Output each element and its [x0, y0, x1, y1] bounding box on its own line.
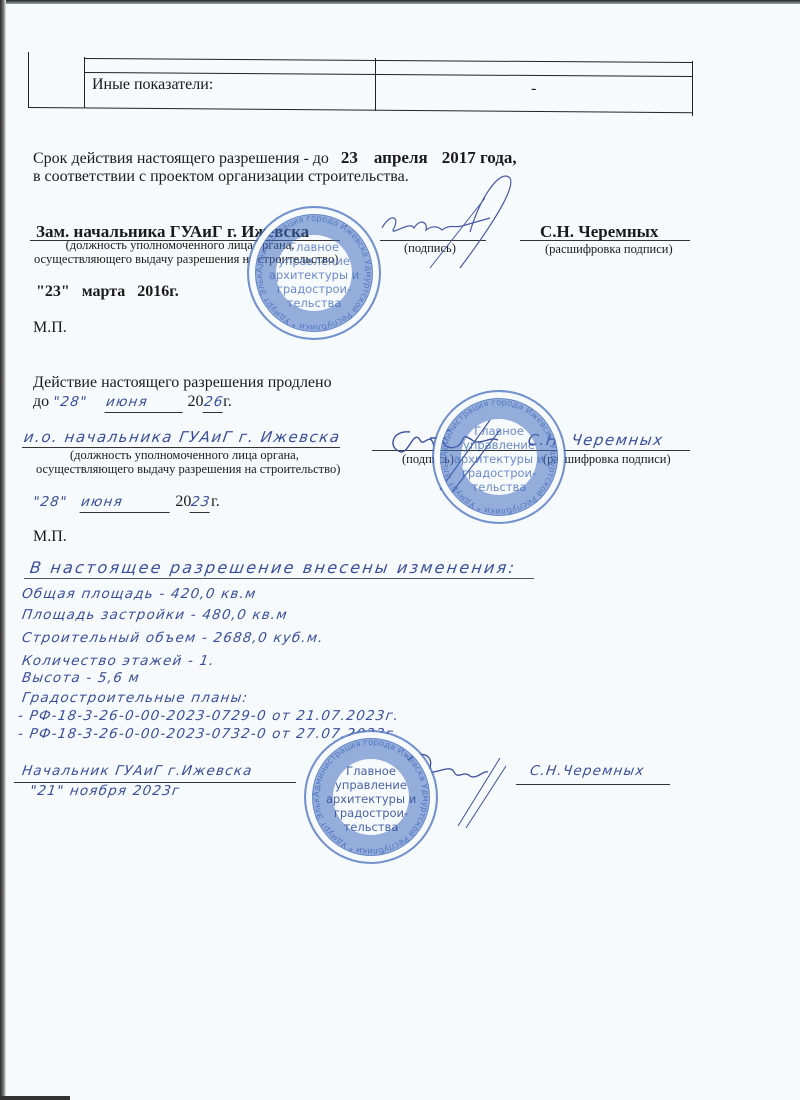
until-month: июня	[104, 392, 185, 413]
official-stamp-1: Администрация города Ижевска Удмуртской …	[247, 206, 381, 340]
extension-date-year-suffix: 23	[190, 492, 213, 513]
extension-date-month: июня	[80, 492, 173, 513]
scan-edge-top	[0, 0, 800, 4]
signer-name: С.Н. Черемных	[540, 222, 658, 242]
extension-line-1: Действие настоящего разрешения продлено	[33, 373, 332, 393]
changes-position-handwritten: Начальник ГУАиГ г.Ижевска	[21, 763, 254, 779]
change-line-total-area: Общая площадь - 420,0 кв.м	[21, 586, 258, 602]
extension-date-year-end: г.	[211, 493, 220, 510]
extension-until-line: до "28" июня 2026г.	[33, 392, 232, 413]
until-year-suffix: 26	[202, 392, 225, 413]
table-row-label: Иные показатели:	[92, 76, 213, 94]
until-day: "28"	[52, 392, 89, 412]
table-border-bottom	[28, 107, 692, 113]
changes-heading-underline	[24, 578, 534, 579]
changes-date-handwritten: "21" ноября 2023г	[29, 783, 182, 799]
extension-position-caption-2: осуществляющего выдачу разрешения на стр…	[36, 462, 326, 477]
signature-scribble-1	[370, 158, 520, 278]
change-line-height: Высота - 5,6 м	[21, 670, 141, 686]
issue-date: "23" марта 2016г.	[36, 282, 179, 302]
extension-date-year-prefix: 20	[175, 493, 191, 510]
scan-edge-bottom	[0, 1096, 70, 1100]
official-stamp-2: Администрация города Ижевска Удмуртской …	[432, 390, 566, 524]
seal-label-2: М.П.	[33, 527, 67, 547]
changes-heading: В настоящее разрешение внесены изменения…	[29, 558, 518, 577]
until-prefix: до	[33, 393, 49, 410]
extension-position-caption-1: (должность уполномоченного лица органа,	[70, 448, 290, 463]
change-line-built-area: Площадь застройки - 480,0 кв.м	[21, 607, 289, 623]
until-year-prefix: 20	[188, 393, 204, 410]
stamp-center-text: Главное управление архитектуры и градост…	[306, 764, 436, 834]
stamp-center-text: Главное управление архитектуры и градост…	[249, 240, 379, 310]
changes-name-underline	[516, 784, 670, 785]
official-stamp-3: Администрация города Ижевска Удмуртской …	[304, 730, 438, 864]
validity-prefix: Срок действия настоящего разрешения - до	[33, 150, 329, 167]
extension-position-handwritten: и.о. начальника ГУАиГ г. Ижевска	[23, 428, 342, 446]
validity-day: 23	[341, 148, 358, 167]
table-border-col2	[375, 58, 376, 111]
table-row-value: -	[531, 80, 536, 98]
table-border-top	[84, 58, 692, 63]
change-line-volume: Строительный объем - 2688,0 куб.м.	[21, 630, 325, 646]
validity-line-2: в соответствии с проектом организации ст…	[33, 167, 409, 187]
extension-date-line: "28" июня 2023г.	[33, 492, 220, 513]
table-border-left	[28, 52, 29, 107]
name-underline	[520, 240, 690, 241]
table-border-col1	[84, 57, 85, 108]
table-border-right	[692, 61, 693, 116]
change-line-urban-plans: Градостроительные планы:	[21, 690, 249, 706]
scan-edge-left	[0, 0, 6, 1100]
change-line-plan-1: - РФ-18-3-26-0-00-2023-0729-0 от 21.07.2…	[17, 708, 401, 724]
name-caption: (расшифровка подписи)	[545, 242, 673, 257]
changes-name-handwritten: С.Н.Черемных	[529, 763, 646, 779]
stamp-center-text: Главное управление архитектуры и градост…	[434, 424, 564, 494]
extension-date-day: "28"	[32, 492, 69, 512]
seal-label-1: М.П.	[33, 318, 67, 338]
change-line-floors: Количество этажей - 1.	[21, 653, 216, 669]
